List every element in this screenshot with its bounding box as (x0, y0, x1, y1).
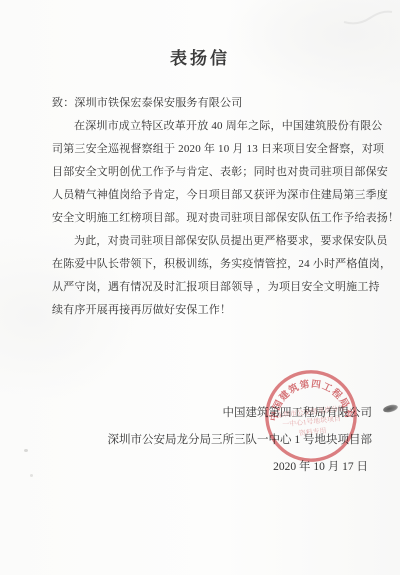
scan-speck (24, 449, 28, 452)
salutation-line: 致：深圳市铁保宏泰保安服务有限公司 (52, 92, 370, 115)
body-line: 为此，对贵司驻项目部保安队员提出更严格要求，要求保安队员 (52, 230, 370, 253)
body-line: 目部安全文明创优工作予与肯定、表彰；同时也对贵司驻项目部保安 (52, 161, 370, 184)
body-line: 从严守岗，遇有情况及时汇报项目部领导 ，为项目安全文明施工持 (52, 276, 370, 299)
body-line: 在陈爱中队长带领下，积极训练，务实疫情管控，24 小时严格值岗， (52, 253, 370, 276)
body-line: 安全文明施工红榜项目部。现对贵司驻项目部保安队伍工作予给表扬！ (52, 207, 370, 230)
body-line: 续有序开展再接再厉做好安保工作！ (52, 299, 370, 322)
company-seal-stamp: 中国建筑第四工程局有限公司 深圳市公安局龙岗分局 一中心1号地块项目 资料专用 (258, 363, 364, 469)
body-line: 司第三安全巡视督察组于 2020 年 10 月 13 日来项目安全督察，对项 (52, 138, 370, 161)
ink-smudge-mark (382, 403, 398, 413)
scan-speck (30, 474, 33, 477)
body-line: 人员精气神值岗给予肯定，今日项目部又获评为深市住建局第三季度 (52, 184, 370, 207)
letter-body: 致：深圳市铁保宏泰保安服务有限公司 在深圳市成立特区改革开放 40 周年之际，中… (52, 92, 370, 322)
stamp-inner-line3: 资料专用 (298, 426, 327, 438)
commendation-letter-page: 表扬信 致：深圳市铁保宏泰保安服务有限公司 在深圳市成立特区改革开放 40 周年… (0, 0, 400, 575)
letter-title: 表扬信 (0, 44, 400, 69)
scan-scratch-mark (342, 8, 394, 30)
body-line: 在深圳市成立特区改革开放 40 周年之际，中国建筑股份有限公 (52, 115, 370, 138)
